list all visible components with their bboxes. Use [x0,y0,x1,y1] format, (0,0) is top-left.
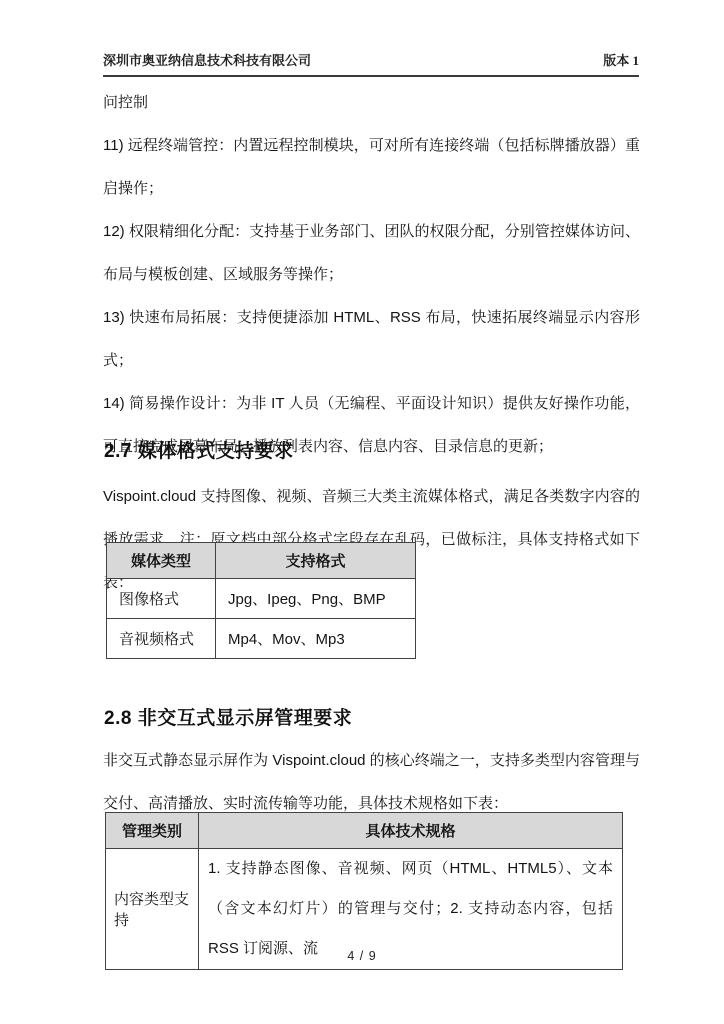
media-type-cell: 音视频格式 [107,619,216,659]
format-list-cell: Mp4、Mov、Mp3 [216,619,416,659]
format-list-cell: Jpg、Ipeg、Png、BMP [216,579,416,619]
list-item-12: 12) 权限精细化分配：支持基于业务部门、团队的权限分配，分别管控媒体访问、布局… [103,210,640,296]
list-item-11: 11) 远程终端管控：内置远程控制模块，可对所有连接终端（包括标牌播放器）重启操… [103,124,640,210]
technical-spec-header: 具体技术规格 [199,813,623,849]
section-heading-2-7: 2.7 媒体格式支持要求 [104,436,294,463]
media-type-header: 媒体类型 [107,543,216,579]
table-header-row: 管理类别 具体技术规格 [106,813,623,849]
display-management-table: 管理类别 具体技术规格 内容类型支持 1. 支持静态图像、音视频、网页（HTML… [105,812,623,970]
media-type-cell: 图像格式 [107,579,216,619]
document-page: 深圳市奥亚纳信息技术科技有限公司 版本 1 问控制 11) 远程终端管控：内置远… [0,0,724,1024]
table-row: 图像格式 Jpg、Ipeg、Png、BMP [107,579,416,619]
company-name: 深圳市奥亚纳信息技术科技有限公司 [103,50,311,69]
table-header-row: 媒体类型 支持格式 [107,543,416,579]
version-label: 版本 1 [603,50,639,69]
page-number: 4 / 9 [0,949,724,963]
list-item-13: 13) 快速布局拓展：支持便捷添加 HTML、RSS 布局，快速拓展终端显示内容… [103,296,640,382]
page-header: 深圳市奥亚纳信息技术科技有限公司 版本 1 [103,50,639,77]
media-format-table: 媒体类型 支持格式 图像格式 Jpg、Ipeg、Png、BMP 音视频格式 Mp… [106,542,416,659]
body-text-block: 问控制 11) 远程终端管控：内置远程控制模块，可对所有连接终端（包括标牌播放器… [103,81,640,468]
section-heading-2-8: 2.8 非交互式显示屏管理要求 [104,703,352,730]
paragraph-fragment: 问控制 [103,81,640,124]
table-row: 音视频格式 Mp4、Mov、Mp3 [107,619,416,659]
supported-format-header: 支持格式 [216,543,416,579]
management-category-header: 管理类别 [106,813,199,849]
